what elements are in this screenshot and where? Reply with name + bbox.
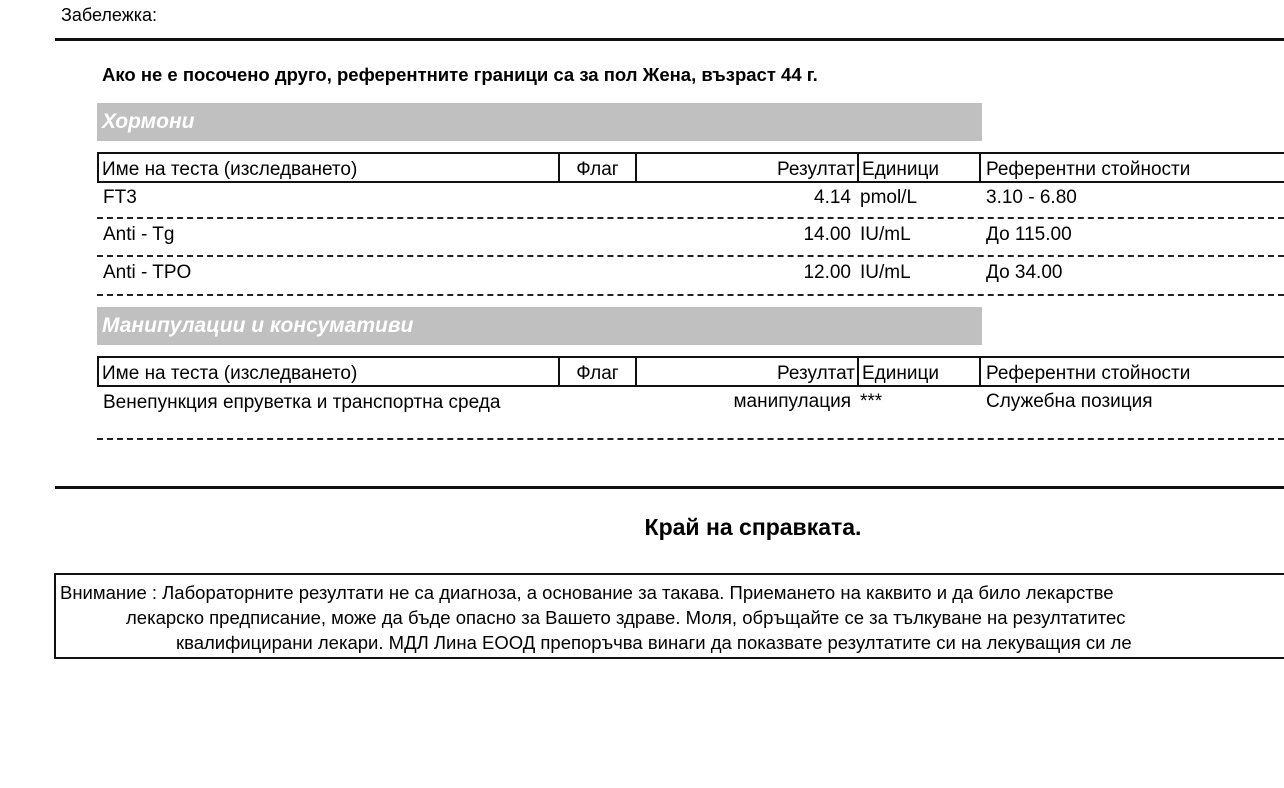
table-row: FT3 4.14 pmol/L 3.10 - 6.80 xyxy=(97,183,1284,219)
disclaimer-line: Внимание : Лабораторните резултати не са… xyxy=(56,580,1284,605)
disclaimer-line: лекарско предписание, може да бъде опасн… xyxy=(56,605,1284,630)
test-units: IU/mL xyxy=(860,224,911,246)
header-units: Единици xyxy=(857,358,981,385)
test-reference: До 34.00 xyxy=(986,262,1062,284)
header-reference: Референтни стойности xyxy=(986,358,1190,385)
header-result: Резултат xyxy=(633,154,857,181)
section-title-manipulations: Манипулации и консумативи xyxy=(97,307,982,345)
test-result: 4.14 xyxy=(631,187,851,209)
section-title-hormones: Хормони xyxy=(97,103,982,141)
table-row: Anti - Tg 14.00 IU/mL До 115.00 xyxy=(97,220,1284,257)
table-header-hormones: Име на теста (изследването) Флаг Резулта… xyxy=(97,152,1284,183)
test-result: 12.00 xyxy=(631,262,851,284)
test-name: FT3 xyxy=(103,187,137,209)
header-result: Резултат xyxy=(633,358,857,385)
header-reference: Референтни стойности xyxy=(986,154,1190,181)
header-test-name: Име на теста (изследването) xyxy=(102,358,357,385)
test-units: *** xyxy=(860,391,882,413)
table-row: Венепункция епруветка и транспортна сред… xyxy=(97,387,1284,440)
header-test-name: Име на теста (изследването) xyxy=(102,154,357,181)
reference-note: Ако не е посочено друго, референтните гр… xyxy=(102,64,818,86)
divider-bottom xyxy=(55,486,1284,489)
disclaimer-line: квалифицирани лекари. МДЛ Лина ЕООД преп… xyxy=(56,630,1284,655)
test-result: манипулация xyxy=(631,391,851,413)
test-units: IU/mL xyxy=(860,262,911,284)
test-result: 14.00 xyxy=(631,224,851,246)
test-name: Anti - Tg xyxy=(103,224,174,246)
test-units: pmol/L xyxy=(860,187,917,209)
header-units: Единици xyxy=(857,154,981,181)
header-flag: Флаг xyxy=(558,358,637,385)
test-name: Anti - TPO xyxy=(103,262,191,284)
header-flag: Флаг xyxy=(558,154,637,181)
test-name: Венепункция епруветка и транспортна сред… xyxy=(103,391,523,415)
end-of-report-title: Край на справката. xyxy=(0,514,1284,541)
table-row: Anti - TPO 12.00 IU/mL До 34.00 xyxy=(97,258,1284,296)
test-reference: Служебна позиция xyxy=(986,391,1153,413)
note-label: Забележка: xyxy=(61,5,157,26)
disclaimer-box: Внимание : Лабораторните резултати не са… xyxy=(54,573,1284,659)
test-reference: 3.10 - 6.80 xyxy=(986,187,1077,209)
table-header-manipulations: Име на теста (изследването) Флаг Резулта… xyxy=(97,356,1284,387)
test-reference: До 115.00 xyxy=(986,224,1072,246)
divider-top xyxy=(55,38,1284,41)
